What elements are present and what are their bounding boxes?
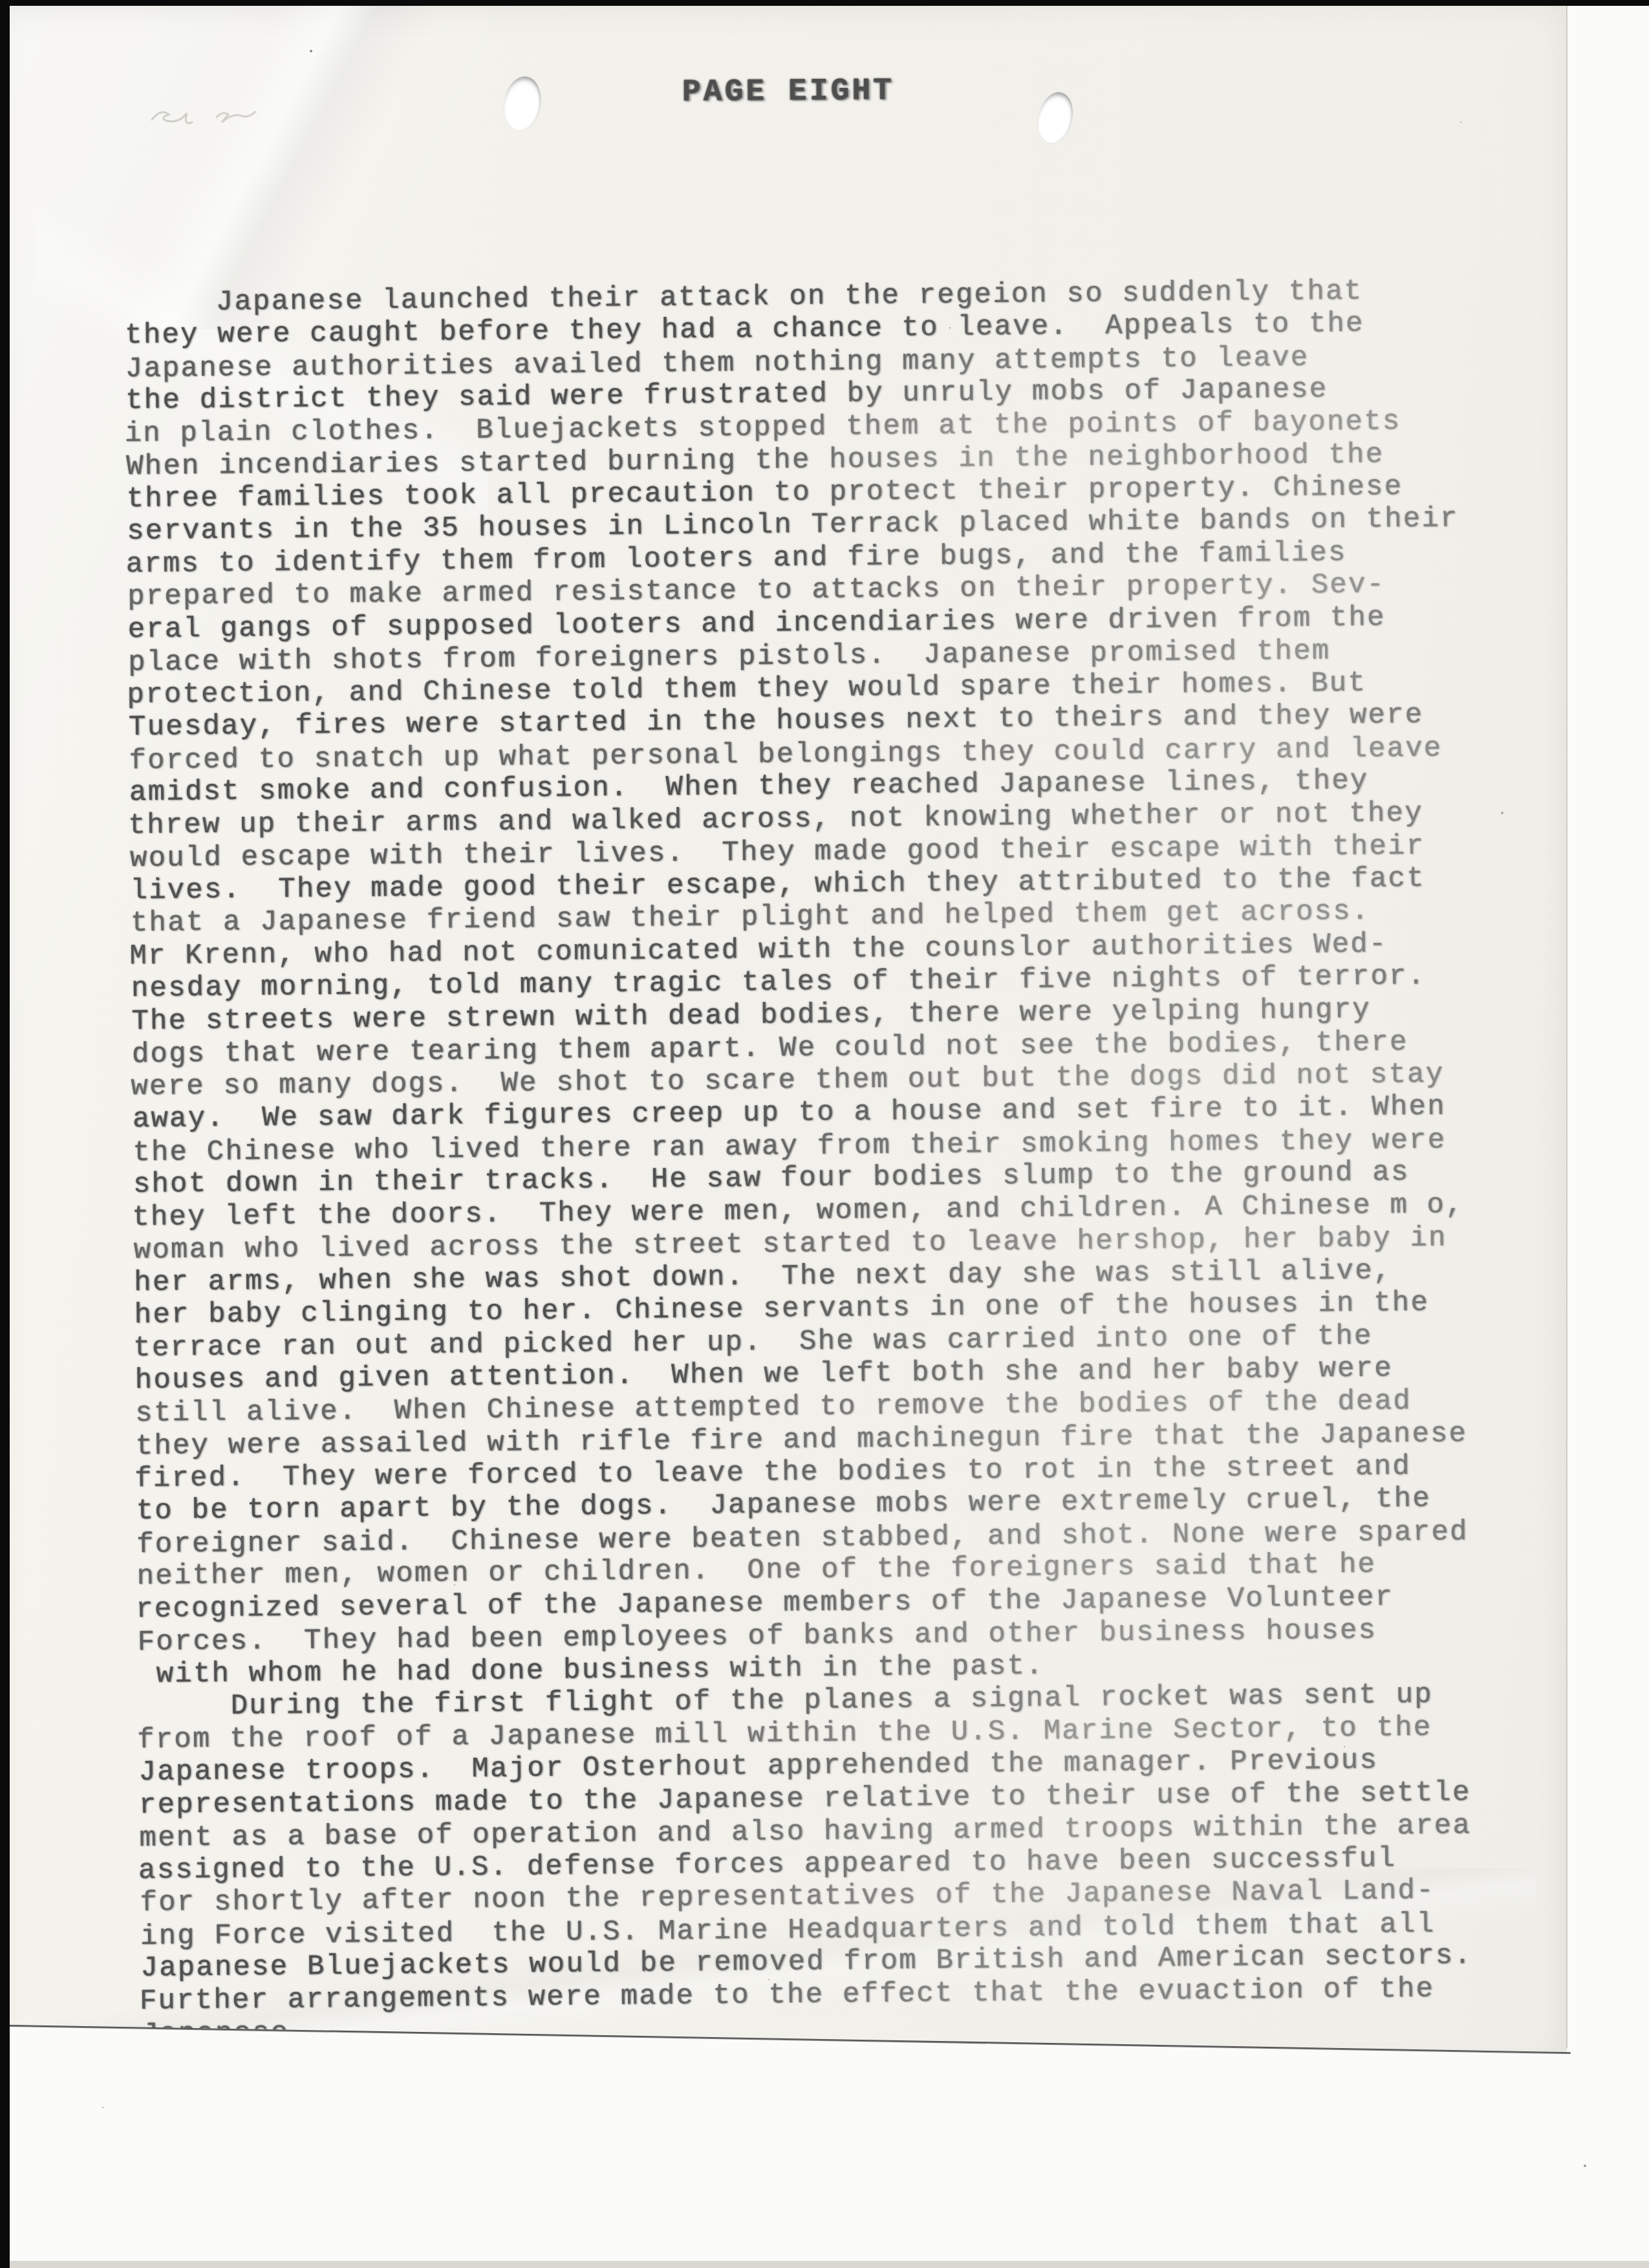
scanned-page: PAGE EIGHT Japanese launched their attac… xyxy=(10,6,1567,2057)
scanner-edge-top xyxy=(0,0,1649,6)
typed-text-body: Japanese launched their attack on the re… xyxy=(124,175,1558,2050)
pencil-scribble xyxy=(147,92,276,138)
scanner-edge-left xyxy=(0,0,10,2268)
scanned-document-screenshot: { "page": { "title": "PAGE EIGHT", "line… xyxy=(0,0,1649,2268)
underlying-sheet-edge xyxy=(0,2261,1649,2268)
paper-right-edge xyxy=(1566,6,1568,2048)
